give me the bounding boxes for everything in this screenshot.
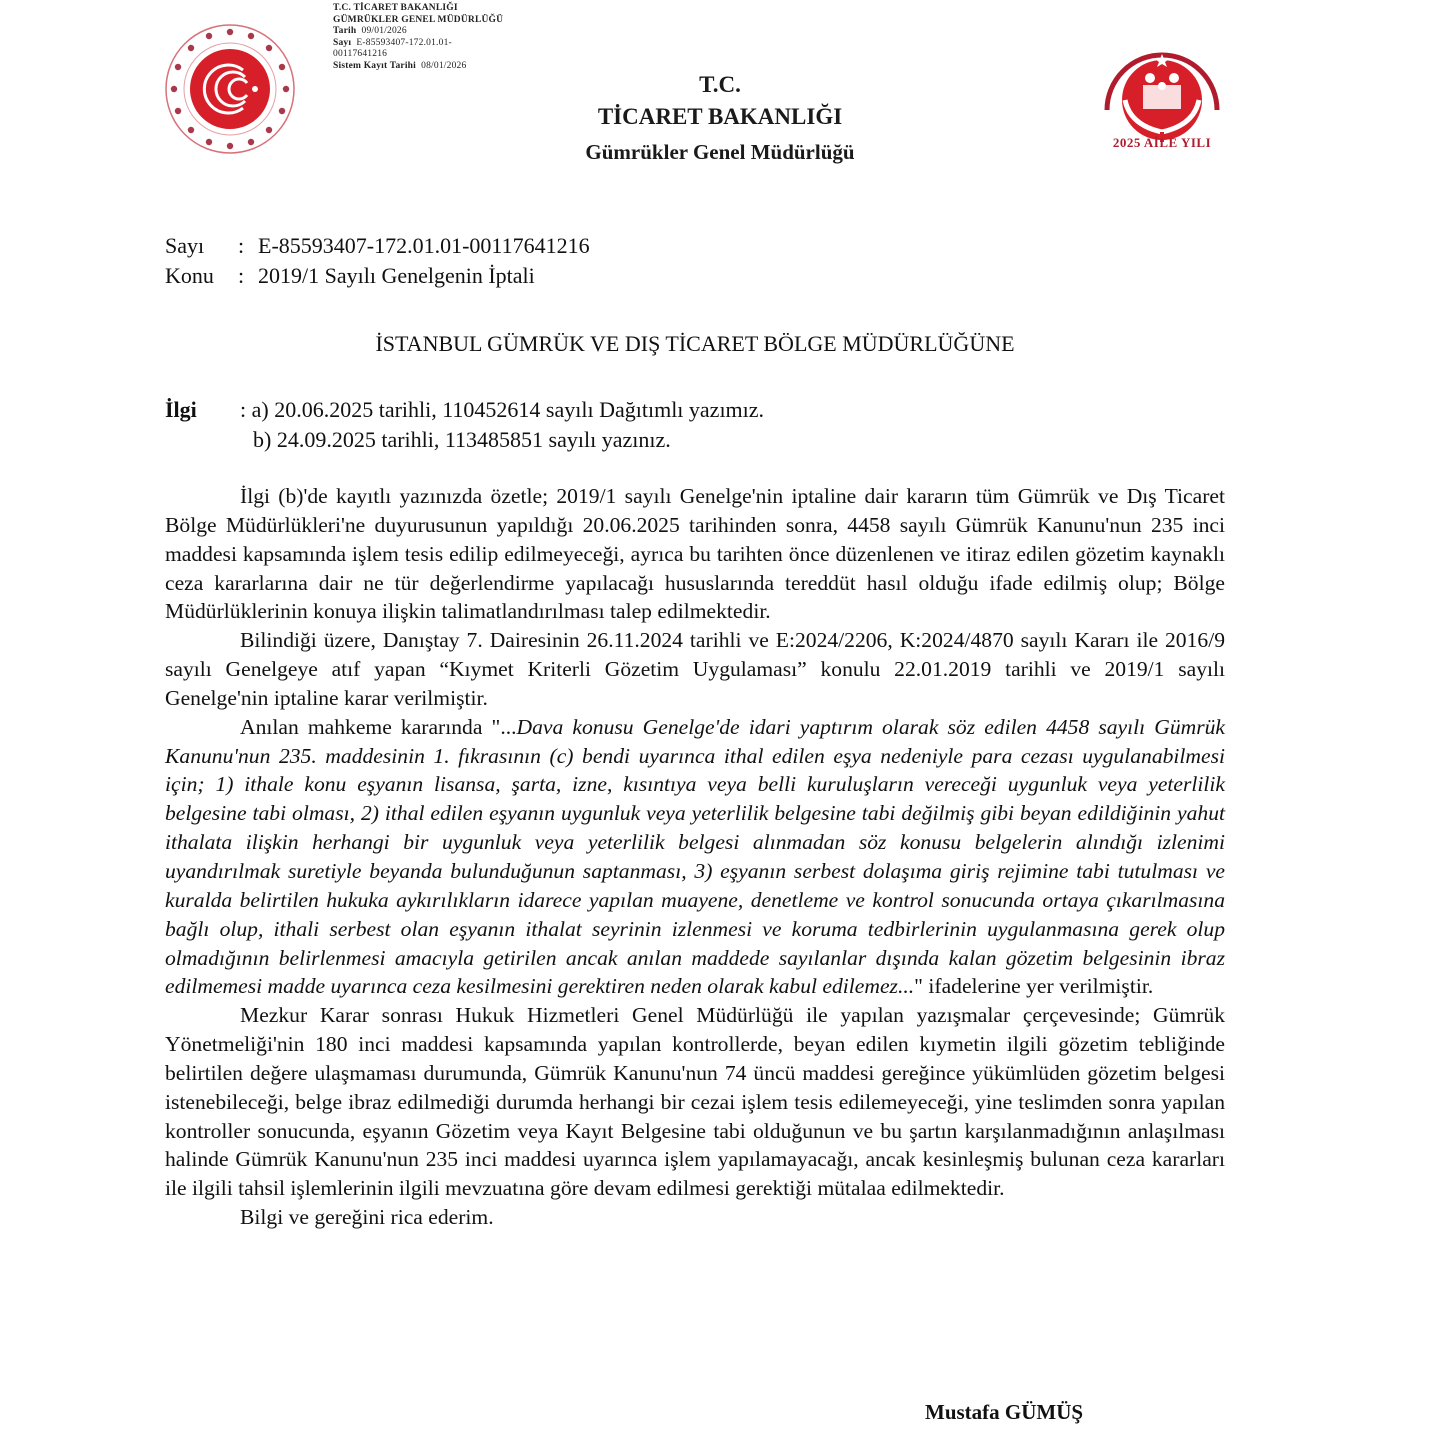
closing-line: Bilgi ve gereğini rica ederim. xyxy=(165,1203,1225,1232)
paragraph-4: Mezkur Karar sonrası Hukuk Hizmetleri Ge… xyxy=(165,1001,1225,1203)
signatory-name: Mustafa GÜMÜŞ xyxy=(925,1400,1083,1425)
document-number: Sayı:E-85593407-172.01.01-00117641216 xyxy=(165,233,590,259)
document-number-value: E-85593407-172.01.01-00117641216 xyxy=(258,233,590,258)
reference-b: b) 24.09.2025 tarihli, 113485851 sayılı … xyxy=(253,427,671,453)
header-directorate: Gümrükler Genel Müdürlüğü xyxy=(440,140,1000,165)
esign-number: Sayı E-85593407-172.01.01- xyxy=(333,38,503,50)
paragraph-1: İlgi (b)'de kayıtlı yazınızda özetle; 20… xyxy=(165,482,1225,626)
esign-number-cont: 00117641216 xyxy=(333,49,503,61)
ministry-seal-logo xyxy=(163,22,297,156)
paragraph-3: Anılan mahkeme kararında "...Dava konusu… xyxy=(165,713,1225,1001)
reference-a: : a) 20.06.2025 tarihli, 110452614 sayıl… xyxy=(240,397,764,423)
esign-line1: T.C. TİCARET BAKANLIĞI xyxy=(333,3,503,15)
header-ministry: TİCARET BAKANLIĞI xyxy=(440,104,1000,130)
ministry-seal-icon xyxy=(163,22,297,156)
paragraph-2: Bilindiği üzere, Danıştay 7. Dairesinin … xyxy=(165,626,1225,713)
letter-body: İlgi (b)'de kayıtlı yazınızda özetle; 20… xyxy=(165,482,1225,1232)
family-year-caption: 2025 AİLE YILI xyxy=(1082,135,1242,151)
addressee: İSTANBUL GÜMRÜK VE DIŞ TİCARET BÖLGE MÜD… xyxy=(160,331,1230,357)
reference-label: İlgi xyxy=(165,397,197,423)
document-subject: Konu:2019/1 Sayılı Genelgenin İptali xyxy=(165,263,535,289)
esign-date: Tarih 09/01/2026 xyxy=(333,26,503,38)
esign-system-date: Sistem Kayıt Tarihi 08/01/2026 xyxy=(333,61,503,73)
court-quote: Dava konusu Genelge'de idari yaptırım ol… xyxy=(165,715,1225,999)
esign-line2: GÜMRÜKLER GENEL MÜDÜRLÜĞÜ xyxy=(333,15,503,27)
document-subject-value: 2019/1 Sayılı Genelgenin İptali xyxy=(258,263,535,288)
e-signature-stamp: T.C. TİCARET BAKANLIĞI GÜMRÜKLER GENEL M… xyxy=(333,3,503,73)
header-tc: T.C. xyxy=(440,72,1000,98)
